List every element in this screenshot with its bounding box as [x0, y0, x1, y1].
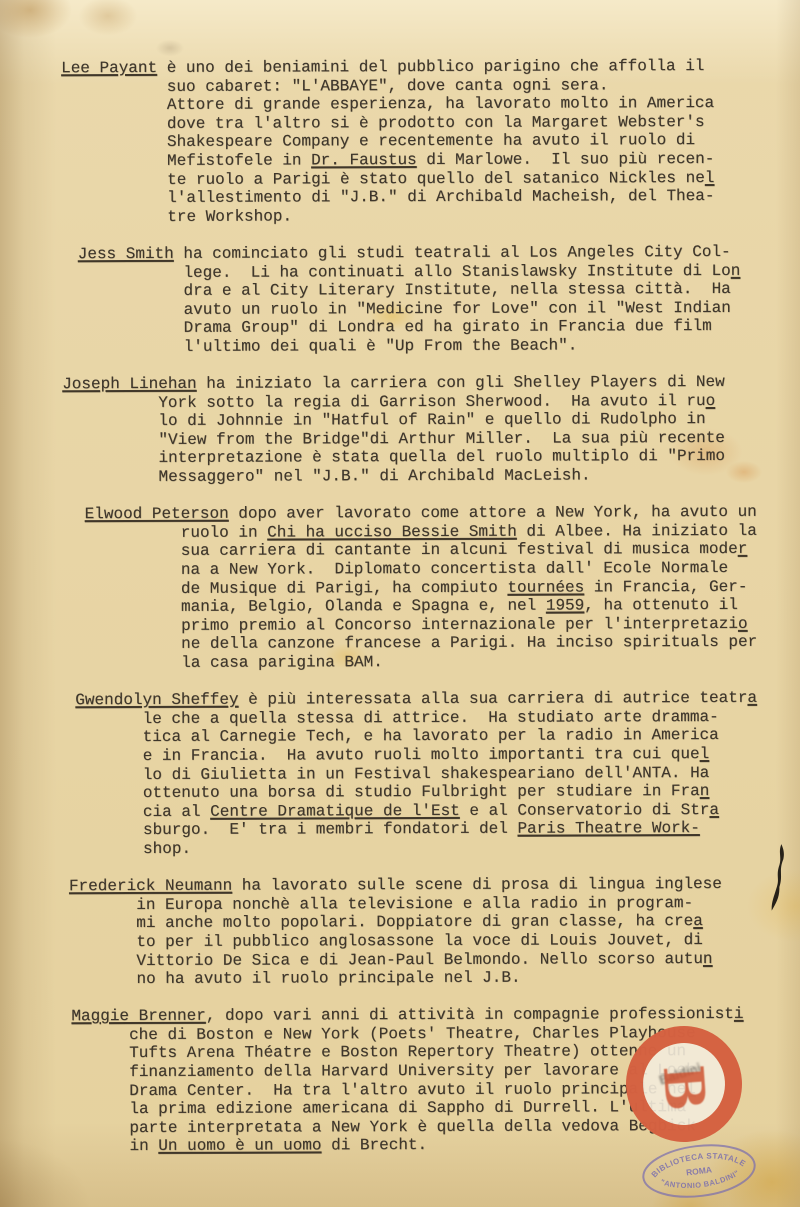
text-segment: le che a quella stessa di attrice. Ha st…: [143, 708, 719, 728]
text-segment: de Musique di Parigi, ha compiuto: [181, 578, 508, 597]
text-segment: di Brecht.: [321, 1136, 427, 1154]
text-segment: Attore di grande esperienza, ha lavorato…: [167, 94, 714, 114]
text-segment: di Albee. Ha iniziato la: [517, 522, 757, 541]
text-segment: no ha avuto il ruolo principale nel J.B.: [136, 969, 520, 988]
text-segment: "View from the Bridge"di Arthur Miller. …: [158, 429, 725, 449]
text-line: no ha avuto il ruolo principale nel J.B.: [69, 968, 784, 989]
text-line: Attore di grande esperienza, ha lavorato…: [61, 94, 781, 115]
underlined-text: Jess Smith: [78, 245, 174, 263]
text-line: Shakespeare Company e recentemente ha av…: [61, 131, 781, 152]
text-line: lo di Johnnie in "Hatful of Rain" e quel…: [62, 410, 782, 431]
text-segment: è più interessata alla sua carriera di a…: [238, 689, 747, 709]
text-line: cia al Centre Dramatique de l'Est e al C…: [76, 800, 784, 821]
underlined-text: a: [709, 801, 719, 819]
text-segment: lege. Li ha continuati allo Stanislawsky…: [183, 261, 730, 281]
text-segment: Vittorio De Sica e di Jean-Paul Belmondo…: [136, 950, 703, 970]
text-segment: tica al Carnegie Tech, e ha lavorato per…: [143, 726, 719, 746]
underlined-text: 1959: [546, 597, 584, 615]
text-segment: la prima edizione americana di Sappho di…: [129, 1098, 686, 1118]
text-segment: parte interpretata a New York è quella d…: [129, 1117, 696, 1137]
text-segment: dra e al City Literary Institute, nella …: [183, 280, 730, 300]
text-segment: di Marlowe. Il suo più recen-: [417, 150, 715, 169]
oval-stamp-line2: ROMA: [685, 1164, 712, 1177]
underlined-text: Elwood Peterson: [85, 505, 229, 524]
text-segment: dopo aver lavorato come attore a New Yor…: [229, 503, 757, 523]
text-line: tre Workshop.: [62, 205, 782, 226]
text-segment: ruolo in: [181, 523, 267, 541]
text-line: dove tra l'altro si è prodotto con la Ma…: [61, 113, 781, 134]
underlined-text: n: [731, 261, 741, 279]
text-segment: ottenuto una borsa di studio Fulbright p…: [143, 782, 700, 802]
text-segment: Mefistofele in: [167, 151, 311, 170]
text-line: Vittorio De Sica e di Jean-Paul Belmondo…: [69, 949, 784, 970]
text-line: Lee Payant è uno dei beniamini del pubbl…: [61, 57, 781, 78]
underlined-text: Gwendolyn Sheffey: [75, 691, 238, 710]
underlined-text: r: [738, 540, 748, 558]
text-line: avuto un ruolo in "Medicine for Love" co…: [78, 298, 782, 319]
text-segment: na a New York. Diplomato concertista dal…: [181, 559, 728, 579]
ring-stamp-letter: B: [655, 1059, 713, 1117]
paragraph: Lee Payant è uno dei beniamini del pubbl…: [61, 57, 782, 227]
text-line: Drama Group" di Londra ed ha girato in F…: [78, 317, 782, 338]
text-segment: shop.: [143, 840, 191, 858]
text-segment: in: [129, 1137, 158, 1155]
text-line: na a New York. Diplomato concertista dal…: [85, 559, 783, 580]
text-segment: è uno dei beniamini del pubblico parigin…: [157, 57, 704, 77]
underlined-text: Centre Dramatique de l'Est: [210, 802, 460, 821]
text-line: Messaggero" nel "J.B." di Archibald MacL…: [62, 466, 782, 487]
paragraph: Joseph Linehan ha iniziato la carriera c…: [62, 373, 782, 487]
underlined-text: Joseph Linehan: [62, 375, 196, 393]
text-line: lo di Giulietta in un Festival shakespea…: [76, 763, 784, 784]
text-line: e in Francia. Ha avuto ruoli molto impor…: [75, 745, 783, 766]
text-segment: ha iniziato la carriera con gli Shelley …: [197, 373, 725, 393]
underlined-text: l: [700, 745, 710, 763]
text-segment: Tufts Arena Théatre e Boston Repertory T…: [129, 1043, 686, 1063]
ink-stroke-mark: [766, 843, 792, 913]
text-line: dra e al City Literary Institute, nella …: [78, 280, 782, 301]
text-line: Gwendolyn Sheffey è più interessata alla…: [75, 689, 783, 710]
underlined-text: o: [738, 615, 748, 633]
text-segment: avuto un ruolo in "Medicine for Love" co…: [184, 299, 731, 319]
text-segment: Messaggero" nel "J.B." di Archibald MacL…: [158, 466, 590, 486]
underlined-text: a: [747, 689, 757, 707]
underlined-text: n: [703, 949, 713, 967]
text-segment: ha cominciato gli studi teatrali al Los …: [174, 243, 731, 263]
text-line: shop.: [76, 838, 784, 859]
text-segment: ha lavorato sulle scene di prosa di ling…: [232, 875, 722, 895]
paragraph: Elwood Peterson dopo aver lavorato come …: [85, 503, 784, 673]
typescript: Lee Payant è uno dei beniamini del pubbl…: [61, 57, 785, 1175]
text-segment: e al Conservatorio di Str: [460, 801, 710, 820]
text-segment: che di Boston e New York (Poets' Theatre…: [129, 1024, 696, 1044]
underlined-text: Chi ha ucciso Bessie Smith: [267, 523, 517, 542]
text-segment: ne della canzone francese a Parigi. Ha i…: [181, 633, 757, 653]
text-segment: to per il pubblico anglosassone la voce …: [136, 931, 703, 951]
text-segment: in Europa nonchè alla televisione e alla…: [136, 894, 693, 914]
text-segment: , dopo vari anni di attività in compagni…: [206, 1005, 734, 1025]
text-line: l'ultimo dei quali è "Up From the Beach"…: [78, 336, 782, 357]
text-segment: interpretazione è stata quella del ruolo…: [158, 447, 725, 467]
text-line: ottenuto una borsa di studio Fulbright p…: [76, 782, 784, 803]
text-segment: l'allestimento di "J.B." di Archibald Ma…: [167, 187, 714, 207]
text-line: ne della canzone francese a Parigi. Ha i…: [85, 633, 783, 654]
text-line: primo premio al Concorso internazionale …: [85, 615, 783, 636]
text-line: lege. Li ha continuati allo Stanislawsky…: [78, 261, 782, 282]
text-line: la casa parigina BAM.: [85, 652, 783, 673]
text-line: York sotto la regia di Garrison Sherwood…: [62, 391, 782, 412]
text-segment: Drama Group" di Londra ed ha girato in F…: [184, 317, 712, 337]
underlined-text: Lee Payant: [61, 59, 157, 77]
text-line: interpretazione è stata quella del ruolo…: [62, 447, 782, 468]
text-segment: primo premio al Concorso internazionale …: [181, 615, 738, 635]
typewritten-page: Lee Payant è uno dei beniamini del pubbl…: [0, 0, 800, 1207]
text-line: Jess Smith ha cominciato gli studi teatr…: [78, 243, 782, 264]
text-line: le che a quella stessa di attrice. Ha st…: [75, 708, 783, 729]
text-segment: tre Workshop.: [167, 207, 292, 225]
text-segment: sburgo. E' tra i membri fondatori del: [143, 820, 518, 839]
text-line: suo cabaret: "L'ABBAYE", dove canta ogni…: [61, 75, 781, 96]
underlined-text: a: [693, 912, 703, 930]
text-line: mania, Belgio, Olanda e Spagna e, nel 19…: [85, 596, 783, 617]
text-line: Frederick Neumann ha lavorato sulle scen…: [69, 875, 784, 896]
text-line: l'allestimento di "J.B." di Archibald Ma…: [62, 187, 782, 208]
text-segment: e in Francia. Ha avuto ruoli molto impor…: [143, 745, 700, 765]
text-segment: te ruolo a Parigi è stato quello del sat…: [167, 169, 705, 189]
text-segment: cia al: [143, 802, 210, 820]
text-line: Mefistofele in Dr. Faustus di Marlowe. I…: [61, 150, 781, 171]
text-line: mi anche molto popolari. Doppiatore di g…: [69, 912, 784, 933]
underlined-text: Dr. Faustus: [311, 151, 417, 169]
underlined-text: tournées: [507, 578, 584, 596]
underlined-text: n: [700, 782, 710, 800]
text-segment: mi anche molto popolari. Doppiatore di g…: [136, 912, 693, 932]
text-segment: lo di Giulietta in un Festival shakespea…: [143, 764, 710, 784]
text-segment: la casa parigina BAM.: [181, 653, 383, 672]
text-line: in Europa nonchè alla televisione e alla…: [69, 893, 784, 914]
text-segment: lo di Johnnie in "Hatful of Rain" e quel…: [158, 410, 705, 430]
paragraph: Frederick Neumann ha lavorato sulle scen…: [69, 875, 784, 989]
text-line: sburgo. E' tra i membri fondatori del Pa…: [76, 819, 784, 840]
text-segment: Drama Center. Ha tra l'altro avuto il ru…: [129, 1080, 686, 1100]
underlined-text: i: [734, 1005, 744, 1023]
text-line: Elwood Peterson dopo aver lavorato come …: [85, 503, 783, 524]
text-segment: dove tra l'altro si è prodotto con la Ma…: [167, 113, 705, 133]
underlined-text: Frederick Neumann: [69, 877, 232, 896]
text-line: sua carriera di cantante in alcuni festi…: [85, 540, 783, 561]
text-segment: in Francia, Ger-: [584, 577, 747, 596]
text-segment: finanziamento della Harvard University p…: [129, 1061, 696, 1081]
text-segment: sua carriera di cantante in alcuni festi…: [181, 540, 738, 560]
underlined-text: l: [705, 169, 715, 187]
paragraph: Jess Smith ha cominciato gli studi teatr…: [78, 243, 782, 357]
text-segment: l'ultimo dei quali è "Up From the Beach"…: [184, 336, 578, 355]
text-line: "View from the Bridge"di Arthur Miller. …: [62, 429, 782, 450]
text-line: to per il pubblico anglosassone la voce …: [69, 931, 784, 952]
text-line: te ruolo a Parigi è stato quello del sat…: [61, 168, 781, 189]
underlined-text: Paris Theatre Work-: [517, 819, 699, 838]
text-segment: Shakespeare Company e recentemente ha av…: [167, 131, 695, 151]
text-line: Maggie Brenner, dopo vari anni di attivi…: [71, 1005, 784, 1026]
text-segment: , ha ottenuto il: [584, 596, 738, 615]
underlined-text: o: [706, 392, 716, 410]
text-line: tica al Carnegie Tech, e ha lavorato per…: [75, 726, 783, 747]
underlined-text: Maggie Brenner: [71, 1007, 205, 1025]
text-line: Joseph Linehan ha iniziato la carriera c…: [62, 373, 782, 394]
text-segment: suo cabaret: "L'ABBAYE", dove canta ogni…: [167, 76, 609, 96]
text-segment: York sotto la regia di Garrison Sherwood…: [158, 392, 705, 412]
underlined-text: Un uomo è un uomo: [158, 1137, 321, 1156]
paragraph: Gwendolyn Sheffey è più interessata alla…: [75, 689, 784, 859]
text-line: ruolo in Chi ha ucciso Bessie Smith di A…: [85, 522, 783, 543]
text-segment: mania, Belgio, Olanda e Spagna e, nel: [181, 597, 546, 616]
text-line: de Musique di Parigi, ha compiuto tourné…: [85, 577, 783, 598]
